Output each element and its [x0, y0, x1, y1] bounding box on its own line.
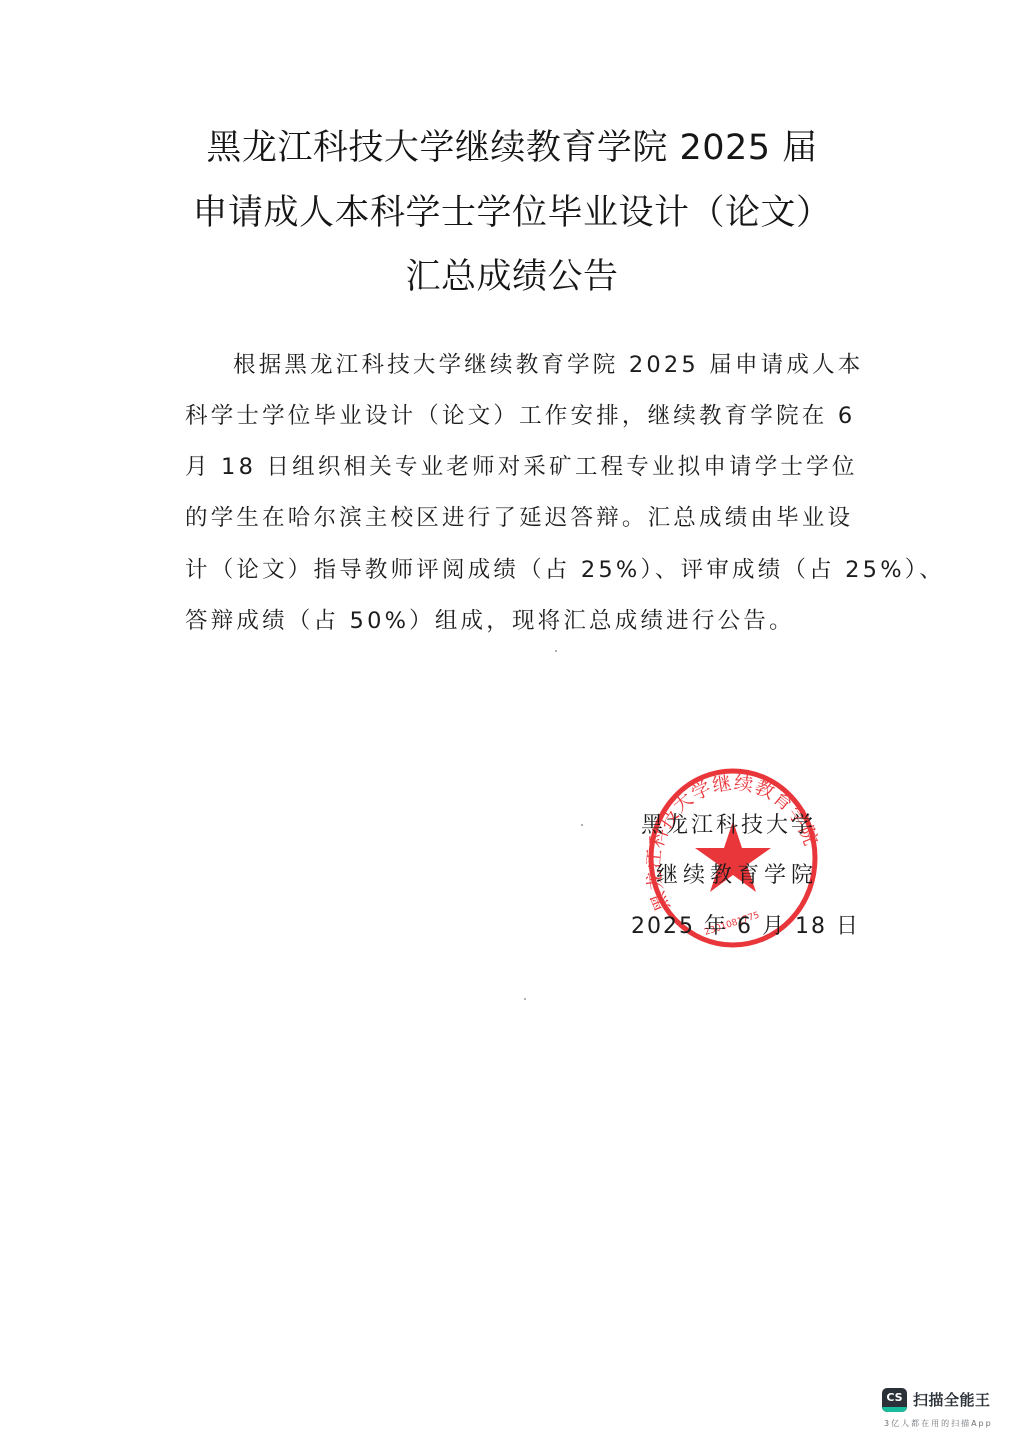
signature-date: 2025 年 6 月 18 日 [631, 913, 860, 941]
document-title-line-3: 汇总成绩公告 [0, 257, 1024, 297]
watermark-tagline: 3亿人都在用的扫描App [884, 1418, 993, 1430]
document-title-line-1: 黑龙江科技大学继续教育学院 2025 届 [0, 128, 1024, 168]
camscanner-logo-icon: CS [882, 1388, 907, 1412]
body-text-line: 计（论文）指导教师评阅成绩（占 25%）、评审成绩（占 25%）、 [185, 555, 845, 585]
scan-speck [581, 824, 583, 826]
signature-org-line-1: 黑龙江科技大学 [641, 812, 816, 840]
body-text-line: 的学生在哈尔滨主校区进行了延迟答辩。汇总成绩由毕业设 [185, 503, 845, 533]
scan-speck [524, 998, 526, 1000]
watermark-app-name: 扫描全能王 [913, 1389, 991, 1411]
document-page: 黑龙江科技大学继续教育学院 2025 届 申请成人本科学士学位毕业设计（论文） … [0, 0, 1024, 1448]
body-text-line: 根据黑龙江科技大学继续教育学院 2025 届申请成人本 [233, 350, 893, 380]
scan-speck [555, 650, 557, 652]
body-text-line: 科学士学位毕业设计（论文）工作安排，继续教育学院在 6 [185, 401, 845, 431]
body-text-line: 答辩成绩（占 50%）组成，现将汇总成绩进行公告。 [185, 606, 845, 636]
body-text-line: 月 18 日组织相关专业老师对采矿工程专业拟申请学士学位 [185, 452, 845, 482]
camscanner-watermark: CS 扫描全能王 3亿人都在用的扫描App [882, 1388, 1017, 1438]
document-title-line-2: 申请成人本科学士学位毕业设计（论文） [0, 193, 1024, 233]
signature-org-line-2: 继续教育学院 [656, 862, 818, 890]
